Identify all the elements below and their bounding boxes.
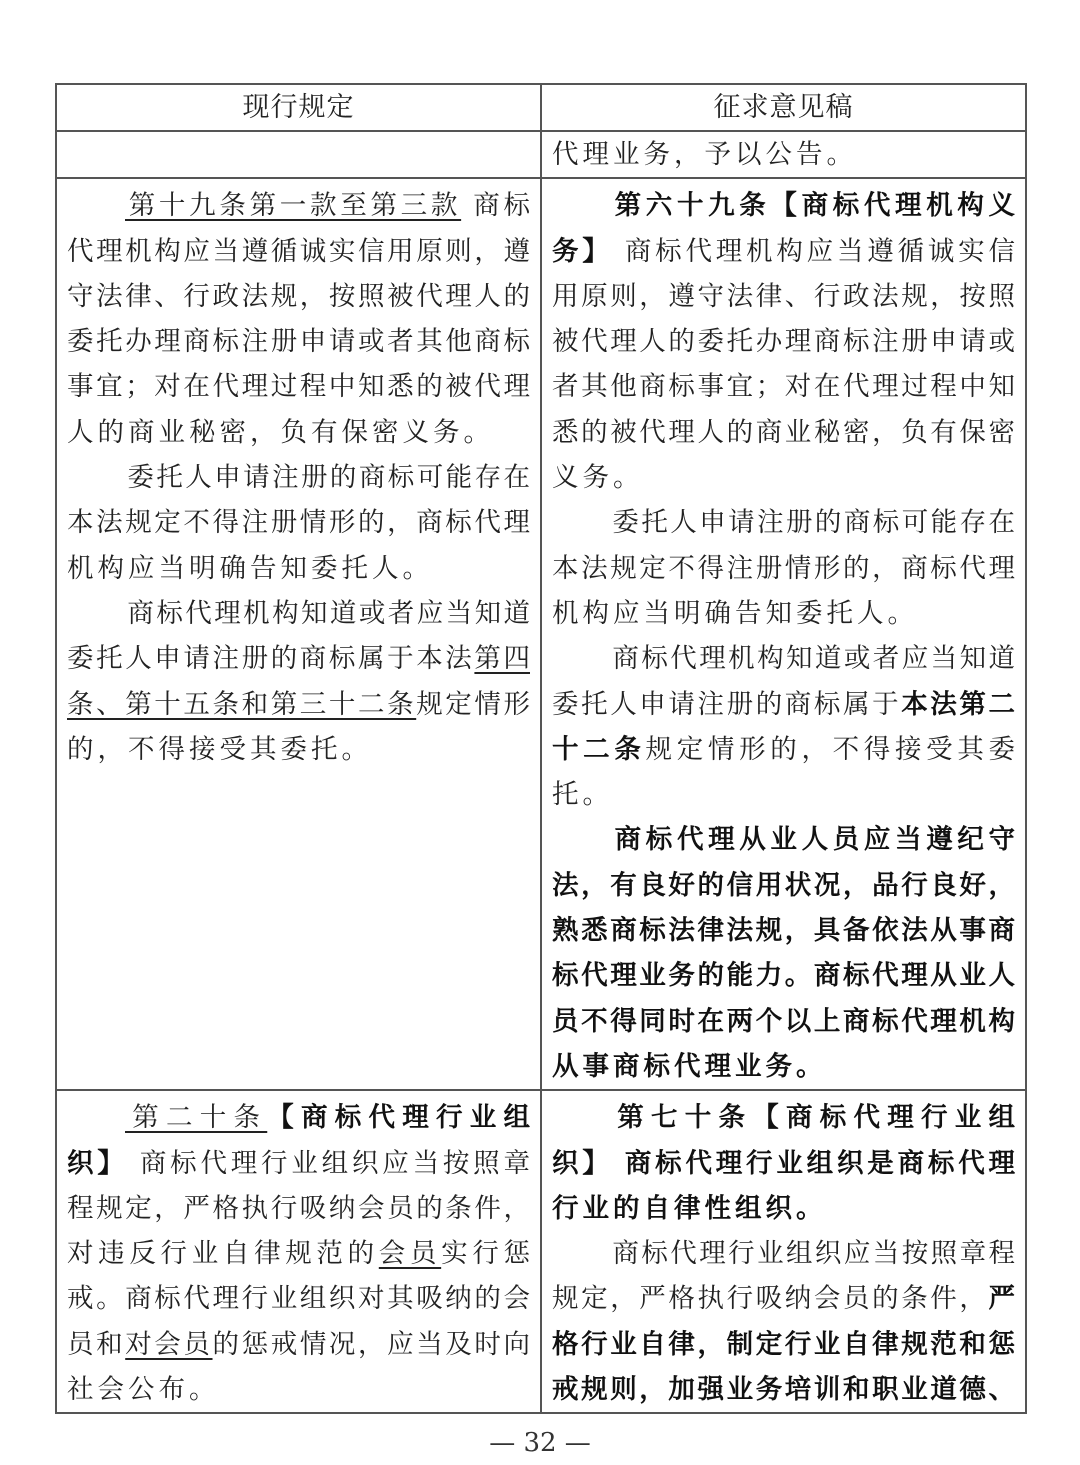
text: 商标代理机构知道或者应当知道 [610, 643, 1015, 674]
paragraph: 第六十九条【商标代理机构义务】 商标代理机构应当遵循诚实信用原则，遵守法律、行政… [552, 183, 1015, 500]
paragraph: 商标代理机构知道或者应当知道委托人申请注册的商标属于本法第四条、第十五条和第三十… [67, 591, 530, 772]
text: 义务。 [552, 462, 644, 493]
text-line: 第十九条第一款至第三款 商标 [67, 183, 530, 228]
text-line: 机构应当明确告知委托人。 [67, 546, 530, 591]
text: 实行惩 [441, 1238, 530, 1269]
text: 商标代理机构应当遵循诚实信 [613, 236, 1015, 267]
text-line: 织】 商标代理行业组织应当按照章 [67, 1141, 530, 1186]
text-line: 程规定，严格执行吸纳会员的条件， [67, 1186, 530, 1231]
text: 商标 [461, 190, 530, 221]
bold-text: 严 [989, 1283, 1016, 1314]
text-line: 第六十九条【商标代理机构义 [552, 183, 1015, 228]
bold-text: 第六十九条【商标代理机构义 [610, 190, 1015, 221]
paragraph: 商标代理行业组织应当按照章程规定，严格执行吸纳会员的条件，严格行业自律，制定行业… [552, 1231, 1015, 1412]
text-line: 被代理人的委托办理商标注册申请或 [552, 319, 1015, 364]
text: 被代理人的委托办理商标注册申请或 [552, 326, 1015, 357]
bold-text: 第七十条【商标代理行业组 [610, 1102, 1015, 1133]
text: 本法规定不得注册情形的，商标代理 [67, 507, 530, 538]
text-line: 员不得同时在两个以上商标代理机构 [552, 999, 1015, 1044]
text-line: 者其他商标事宜；对在代理过程中知 [552, 364, 1015, 409]
bold-text: 员不得同时在两个以上商标代理机构 [552, 1006, 1015, 1037]
text-line: 员和对会员的惩戒情况，应当及时向 [67, 1322, 530, 1367]
paragraph: 第二十条【商标代理行业组织】 商标代理行业组织应当按照章程规定，严格执行吸纳会员… [67, 1095, 530, 1412]
text: 者其他商标事宜；对在代理过程中知 [552, 371, 1015, 402]
text: 代理业务，予以公告。 [552, 139, 857, 170]
text-line: 委托办理商标注册申请或者其他商标 [67, 319, 530, 364]
table-row: 第二十条【商标代理行业组织】 商标代理行业组织应当按照章程规定，严格执行吸纳会员… [56, 1090, 1026, 1413]
cell-draft: 代理业务，予以公告。 [541, 131, 1026, 178]
text: 托。 [552, 779, 613, 810]
text: 员和 [67, 1329, 125, 1360]
underlined-text: 条、第十五条和第三十二条 [67, 689, 416, 720]
bold-text: 【商标代理行业组 [267, 1102, 530, 1133]
underlined-text: 对会员 [125, 1329, 212, 1360]
paragraph: 商标代理机构知道或者应当知道委托人申请注册的商标属于本法第二十二条规定情形的，不… [552, 636, 1015, 817]
underlined-text: 会员 [379, 1238, 441, 1269]
text: 规定情形 [416, 689, 530, 720]
text-line: 商标代理从业人员应当遵纪守 [552, 817, 1015, 862]
bold-text: 格行业自律，制定行业自律规范和惩 [552, 1329, 1015, 1360]
text-line: 从事商标代理业务。 [552, 1044, 1015, 1089]
bold-text: 从事商标代理业务。 [552, 1051, 827, 1082]
paragraph: 商标代理从业人员应当遵纪守法，有良好的信用状况，品行良好，熟悉商标法律法规，具备… [552, 817, 1015, 1089]
cell-current-article-19: 第十九条第一款至第三款 商标代理机构应当遵循诚实信用原则，遵守法律、行政法规，按… [56, 178, 541, 1090]
cell-draft-article-70: 第七十条【商标代理行业组织】 商标代理行业组织是商标代理行业的自律性组织。商标代… [541, 1090, 1026, 1413]
paragraph: 委托人申请注册的商标可能存在本法规定不得注册情形的，商标代理机构应当明确告知委托… [552, 500, 1015, 636]
paragraph: 委托人申请注册的商标可能存在本法规定不得注册情形的，商标代理机构应当明确告知委托… [67, 455, 530, 591]
text-line: 的，不得接受其委托。 [67, 727, 530, 772]
text-line: 熟悉商标法律法规，具备依法从事商 [552, 908, 1015, 953]
text: 委托人申请注册的商标可能存在 [610, 507, 1015, 538]
text: 委托人申请注册的商标属于 [552, 689, 901, 720]
text: 程规定，严格执行吸纳会员的条件， [67, 1193, 530, 1224]
cell-current-article-20: 第二十条【商标代理行业组织】 商标代理行业组织应当按照章程规定，严格执行吸纳会员… [56, 1090, 541, 1413]
paragraph: 第十九条第一款至第三款 商标代理机构应当遵循诚实信用原则，遵守法律、行政法规，按… [67, 183, 530, 455]
text: 商标代理行业组织应当按照章程 [610, 1238, 1015, 1269]
bold-text: 标代理业务的能力。商标代理从业人 [552, 960, 1015, 991]
column-header-current-rules: 现行规定 [56, 84, 541, 131]
text-line: 本法规定不得注册情形的，商标代理 [552, 546, 1015, 591]
text: 用原则，遵守法律、行政法规，按照 [552, 281, 1015, 312]
text: 社会公布。 [67, 1374, 220, 1405]
text-line: 行业的自律性组织。 [552, 1186, 1015, 1231]
bold-text: 熟悉商标法律法规，具备依法从事商 [552, 915, 1015, 946]
bold-text: 法，有良好的信用状况，品行良好， [552, 870, 1015, 901]
underlined-text: 第二十条 [125, 1102, 267, 1133]
text-line: 守法律、行政法规，按照被代理人的 [67, 274, 530, 319]
text: 委托人申请注册的商标属于本法 [67, 643, 474, 674]
cell-current [56, 131, 541, 178]
text: 委托人申请注册的商标可能存在 [125, 462, 530, 493]
text-line: 十二条规定情形的，不得接受其委 [552, 727, 1015, 772]
text-line: 第二十条【商标代理行业组 [67, 1095, 530, 1140]
bold-text: 十二条 [552, 734, 646, 765]
column-header-draft-for-comment: 征求意见稿 [541, 84, 1026, 131]
text-line: 事宜；对在代理过程中知悉的被代理 [67, 364, 530, 409]
text-line: 商标代理机构知道或者应当知道 [552, 636, 1015, 681]
bold-text: 务】 [552, 236, 613, 267]
text-line: 条、第十五条和第三十二条规定情形 [67, 682, 530, 727]
bold-text: 商标代理行业组织是商标代理 [625, 1148, 1015, 1179]
text-line: 用原则，遵守法律、行政法规，按照 [552, 274, 1015, 319]
underlined-text: 第四 [474, 643, 530, 674]
text-line: 务】 商标代理机构应当遵循诚实信 [552, 229, 1015, 274]
text-line: 社会公布。 [67, 1367, 530, 1412]
text-line: 戒。商标代理行业组织对其吸纳的会 [67, 1276, 530, 1321]
text-line: 商标代理行业组织应当按照章程 [552, 1231, 1015, 1276]
text: 商标代理行业组织应当按照章 [128, 1148, 530, 1179]
text-line: 格行业自律，制定行业自律规范和惩 [552, 1322, 1015, 1367]
bold-text: 行业的自律性组织。 [552, 1193, 827, 1224]
text-line: 代理机构应当遵循诚实信用原则，遵 [67, 229, 530, 274]
underlined-text: 第十九条第一款至第三款 [125, 190, 461, 221]
text-line: 本法规定不得注册情形的，商标代理 [67, 500, 530, 545]
text: 人的商业秘密，负有保密义务。 [67, 417, 494, 448]
text-line: 标代理业务的能力。商标代理从业人 [552, 953, 1015, 998]
paragraph: 代理业务，予以公告。 [552, 132, 1015, 177]
bold-text: 商标代理从业人员应当遵纪守 [610, 824, 1015, 855]
text-line: 义务。 [552, 455, 1015, 500]
table-header-row: 现行规定 征求意见稿 [56, 84, 1026, 131]
comparison-table: 现行规定 征求意见稿 代理业务，予以公告。 第十九条第一款至第三款 商标代理机构… [55, 83, 1027, 1414]
text: 的惩戒情况，应当及时向 [213, 1329, 530, 1360]
text: 对违反行业自律规范的 [67, 1238, 379, 1269]
text: 机构应当明确告知委托人。 [552, 598, 918, 629]
text: 本法规定不得注册情形的，商标代理 [552, 553, 1015, 584]
bold-text: 织】 [67, 1148, 128, 1179]
text: 规定，严格执行吸纳会员的条件， [552, 1283, 989, 1314]
text-line: 对违反行业自律规范的会员实行惩 [67, 1231, 530, 1276]
text: 的，不得接受其委托。 [67, 734, 372, 765]
text-line: 第七十条【商标代理行业组 [552, 1095, 1015, 1140]
table-row: 第十九条第一款至第三款 商标代理机构应当遵循诚实信用原则，遵守法律、行政法规，按… [56, 178, 1026, 1090]
text: 守法律、行政法规，按照被代理人的 [67, 281, 530, 312]
text-line: 委托人申请注册的商标可能存在 [552, 500, 1015, 545]
text-line: 法，有良好的信用状况，品行良好， [552, 863, 1015, 908]
text-line: 委托人申请注册的商标属于本法第二 [552, 682, 1015, 727]
text-line: 商标代理机构知道或者应当知道 [67, 591, 530, 636]
text-line: 代理业务，予以公告。 [552, 132, 1015, 177]
text: 代理机构应当遵循诚实信用原则，遵 [67, 236, 530, 267]
text-line: 织】 商标代理行业组织是商标代理 [552, 1141, 1015, 1186]
text [613, 1148, 625, 1179]
cell-draft-article-69: 第六十九条【商标代理机构义务】 商标代理机构应当遵循诚实信用原则，遵守法律、行政… [541, 178, 1026, 1090]
table-row: 代理业务，予以公告。 [56, 131, 1026, 178]
page-number: — 32 — [0, 1428, 1080, 1458]
text: 机构应当明确告知委托人。 [67, 553, 433, 584]
paragraph: 第七十条【商标代理行业组织】 商标代理行业组织是商标代理行业的自律性组织。 [552, 1095, 1015, 1231]
text: 悉的被代理人的商业秘密，负有保密 [552, 417, 1015, 448]
bold-text: 本法第二 [901, 689, 1015, 720]
text: 委托办理商标注册申请或者其他商标 [67, 326, 530, 357]
text-line: 机构应当明确告知委托人。 [552, 591, 1015, 636]
text-line: 托。 [552, 772, 1015, 817]
text: 商标代理机构知道或者应当知道 [125, 598, 530, 629]
bold-text: 戒规则，加强业务培训和职业道德、 [552, 1374, 1015, 1405]
text: 事宜；对在代理过程中知悉的被代理 [67, 371, 530, 402]
text-line: 悉的被代理人的商业秘密，负有保密 [552, 410, 1015, 455]
text-line: 戒规则，加强业务培训和职业道德、 [552, 1367, 1015, 1412]
bold-text: 织】 [552, 1148, 613, 1179]
text: 戒。商标代理行业组织对其吸纳的会 [67, 1283, 530, 1314]
text-line: 规定，严格执行吸纳会员的条件，严 [552, 1276, 1015, 1321]
document-page: 现行规定 征求意见稿 代理业务，予以公告。 第十九条第一款至第三款 商标代理机构… [0, 0, 1080, 1465]
text-line: 人的商业秘密，负有保密义务。 [67, 410, 530, 455]
text-line: 委托人申请注册的商标属于本法第四 [67, 636, 530, 681]
text: 规定情形的，不得接受其委 [646, 734, 1015, 765]
text-line: 委托人申请注册的商标可能存在 [67, 455, 530, 500]
